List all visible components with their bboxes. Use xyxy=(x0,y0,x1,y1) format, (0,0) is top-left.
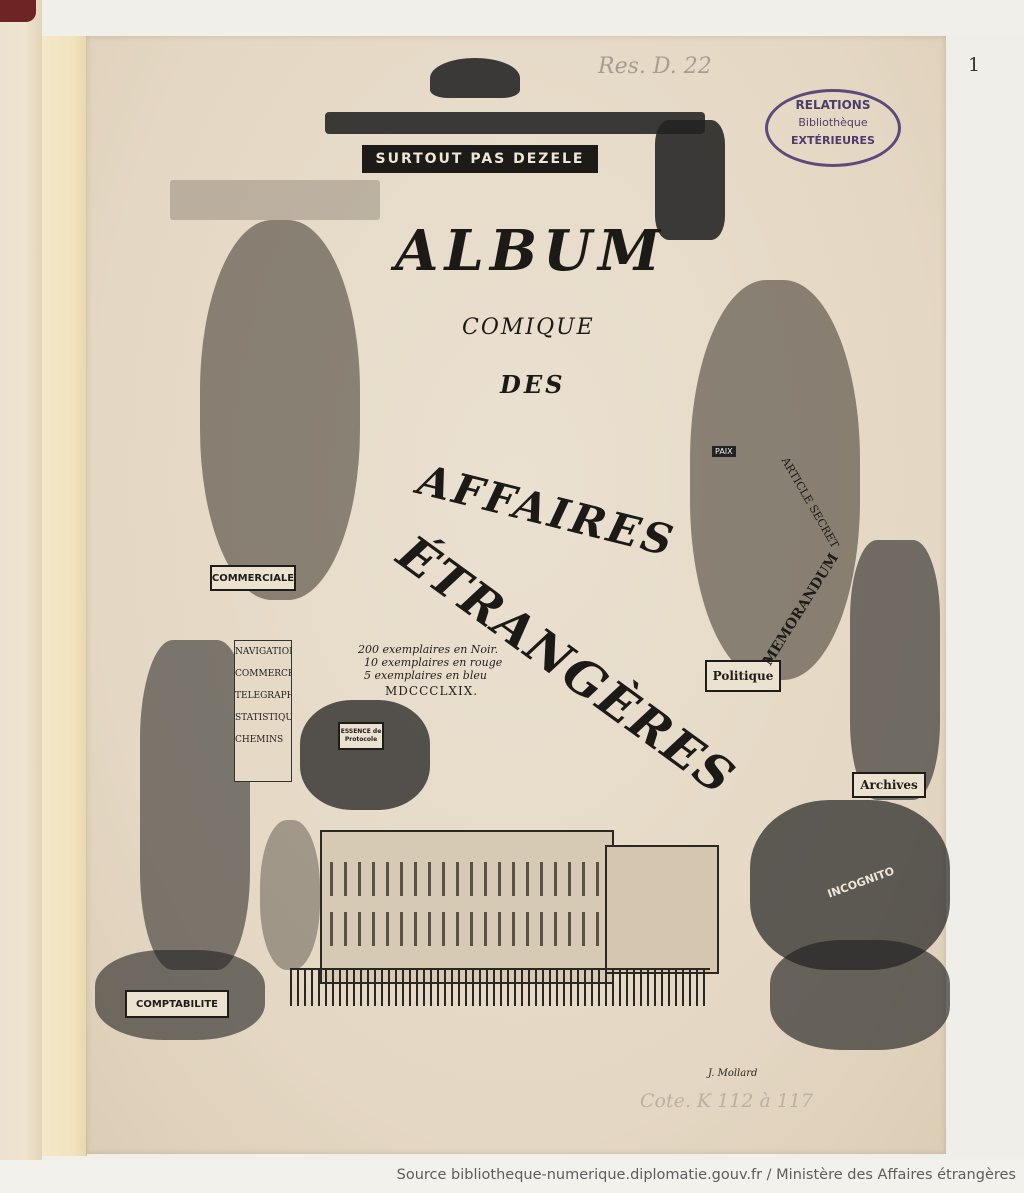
background-strip xyxy=(946,36,1024,1154)
stamp-line-2: Bibliothèque xyxy=(768,114,898,132)
label-archives: Archives xyxy=(852,772,926,798)
stamp-line-1: RELATIONS xyxy=(768,96,898,114)
scroll-item: CHEMINS xyxy=(235,729,291,751)
page-number: 1 xyxy=(968,54,980,76)
cornice-illustration xyxy=(170,180,380,220)
stamp-line-3: EXTÉRIEURES xyxy=(768,132,898,150)
scroll-list: NAVIGATION COMMERCE TELEGRAPHE STATISTIQ… xyxy=(234,640,292,782)
label-comptabilite: COMPTABILITE xyxy=(125,990,229,1018)
scroll-item: NAVIGATION xyxy=(235,641,291,663)
label-paix: PAIX xyxy=(712,446,736,457)
label-essence-protocole: ESSENCE de Protocole xyxy=(338,722,384,750)
pediment-illustration xyxy=(325,112,705,134)
edition-note: 200 exemplaires en Noir. xyxy=(358,643,502,656)
book-cover-corner xyxy=(0,0,36,22)
title-album: ALBUM xyxy=(395,218,666,284)
owl-illustration xyxy=(430,58,520,98)
edition-notes: 200 exemplaires en Noir. 10 exemplaires … xyxy=(358,643,502,682)
shelfmark-pencil: Res. D. 22 xyxy=(598,54,712,79)
source-footer: Source bibliotheque-numerique.diplomatie… xyxy=(0,1160,1024,1193)
ministry-building-illustration xyxy=(320,830,614,984)
book-cover-edge xyxy=(0,0,42,1160)
title-des: DES xyxy=(500,370,565,399)
banner-surtout-pas-de-zele: SURTOUT PAS DEZELE xyxy=(362,145,598,173)
edition-note: 10 exemplaires en rouge xyxy=(358,656,502,669)
artist-signature: J. Mollard xyxy=(708,1068,757,1079)
flyleaf xyxy=(42,36,87,1156)
scroll-item: COMMERCE xyxy=(235,663,291,685)
label-commerciale: COMMERCIALE xyxy=(210,565,296,591)
scanned-page-viewer: Res. D. 22 1 RELATIONS Bibliothèque EXTÉ… xyxy=(0,0,1024,1160)
source-credit: Source bibliotheque-numerique.diplomatie… xyxy=(397,1167,1016,1183)
sphinx-illustration xyxy=(850,540,940,800)
justice-figure-illustration xyxy=(200,220,360,600)
bottom-pencil-note: Cote. K 112 à 117 xyxy=(640,1090,813,1112)
edition-note: 5 exemplaires en bleu xyxy=(358,669,502,682)
trees-illustration xyxy=(260,820,320,970)
scroll-item: STATISTIQUE xyxy=(235,707,291,729)
diplomacy-lady-illustration xyxy=(690,280,860,680)
side-building-illustration xyxy=(605,845,719,974)
title-comique: COMIQUE xyxy=(462,315,595,340)
essence-bottle-illustration xyxy=(300,700,430,810)
fence-illustration xyxy=(290,968,710,1006)
medals-illustration xyxy=(770,940,950,1050)
year-roman: MDCCCLXIX. xyxy=(385,684,478,698)
library-stamp: RELATIONS Bibliothèque EXTÉRIEURES xyxy=(765,89,901,167)
scroll-item: TELEGRAPHE xyxy=(235,685,291,707)
